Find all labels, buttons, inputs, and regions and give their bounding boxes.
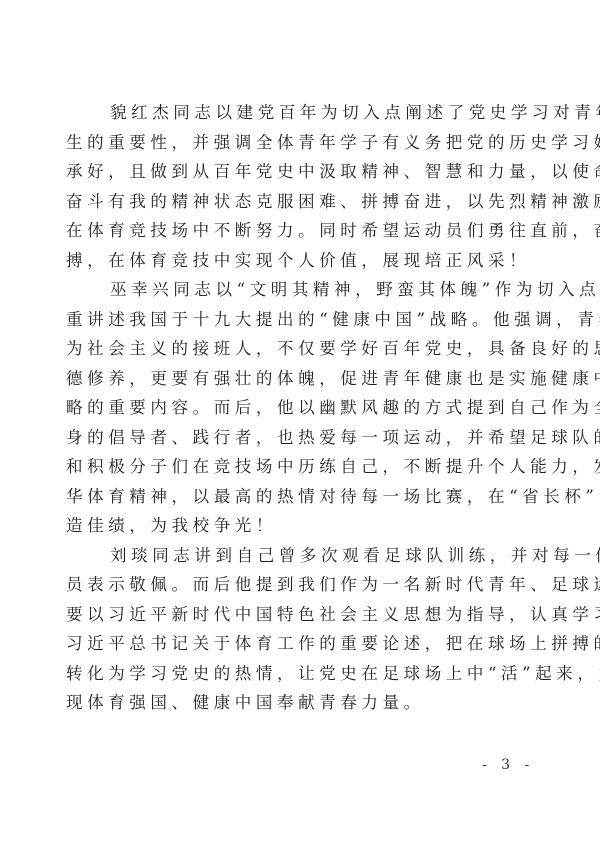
text-line: 和积极分子们在竞技场中历练自己，不断提升个人能力，发挥中 — [66, 452, 522, 482]
text-line: 华体育精神，以最高的热情对待每一场比赛，在“省长杯”中创 — [66, 482, 522, 512]
text-line: 为社会主义的接班人，不仅要学好百年党史，具备良好的思想道 — [66, 334, 522, 364]
document-body: 貌红杰同志以建党百年为切入点阐述了党史学习对青年学 生的重要性，并强调全体青年学… — [66, 98, 526, 718]
text-line: 现体育强国、健康中国奉献青春力量。 — [66, 688, 522, 718]
text-line: 在体育竞技场中不断努力。同时希望运动员们勇往直前，奋力拼 — [66, 216, 522, 246]
text-line: 巫幸兴同志以“文明其精神，野蛮其体魄”作为切入点，着 — [66, 275, 522, 305]
text-line: 刘琰同志讲到自己曾多次观看足球队训练，并对每一位运动 — [66, 541, 522, 571]
text-line: 生的重要性，并强调全体青年学子有义务把党的历史学习好、传 — [66, 128, 522, 158]
paragraph-1: 貌红杰同志以建党百年为切入点阐述了党史学习对青年学 生的重要性，并强调全体青年学… — [66, 98, 526, 275]
text-line: 员表示敬佩。而后他提到我们作为一名新时代青年、足球运动员， — [66, 570, 522, 600]
text-line: 转化为学习党史的热情，让党史在足球场上中“活”起来，为实 — [66, 659, 522, 689]
paragraph-2: 巫幸兴同志以“文明其精神，野蛮其体魄”作为切入点，着 重讲述我国于十九大提出的“… — [66, 275, 526, 541]
text-line: 略的重要内容。而后，他以幽默风趣的方式提到自己作为全民健 — [66, 393, 522, 423]
text-line: 要以习近平新时代中国特色社会主义思想为指导，认真学习贯彻 — [66, 600, 522, 630]
document-page: 貌红杰同志以建党百年为切入点阐述了党史学习对青年学 生的重要性，并强调全体青年学… — [0, 0, 600, 848]
text-line: 重讲述我国于十九大提出的“健康中国”战略。他强调，青年作 — [66, 305, 522, 335]
text-line: 习近平总书记关于体育工作的重要论述，把在球场上拼搏的动力 — [66, 629, 522, 659]
text-line: 身的倡导者、践行者，也热爱每一项运动，并希望足球队的党员 — [66, 423, 522, 453]
paragraph-3: 刘琰同志讲到自己曾多次观看足球队训练，并对每一位运动 员表示敬佩。而后他提到我们… — [66, 541, 526, 718]
text-line: 貌红杰同志以建党百年为切入点阐述了党史学习对青年学 — [66, 98, 522, 128]
text-line: 造佳绩，为我校争光！ — [66, 511, 522, 541]
text-line: 奋斗有我的精神状态克服困难、拼搏奋进，以先烈精神激励自身 — [66, 187, 522, 217]
text-line: 承好，且做到从百年党史中汲取精神、智慧和力量，以使命在肩、 — [66, 157, 522, 187]
page-number: - 3 - — [482, 757, 534, 773]
text-line: 德修养，更要有强壮的体魄，促进青年健康也是实施健康中国战 — [66, 364, 522, 394]
text-line: 搏，在体育竞技中实现个人价值，展现培正风采！ — [66, 246, 522, 276]
